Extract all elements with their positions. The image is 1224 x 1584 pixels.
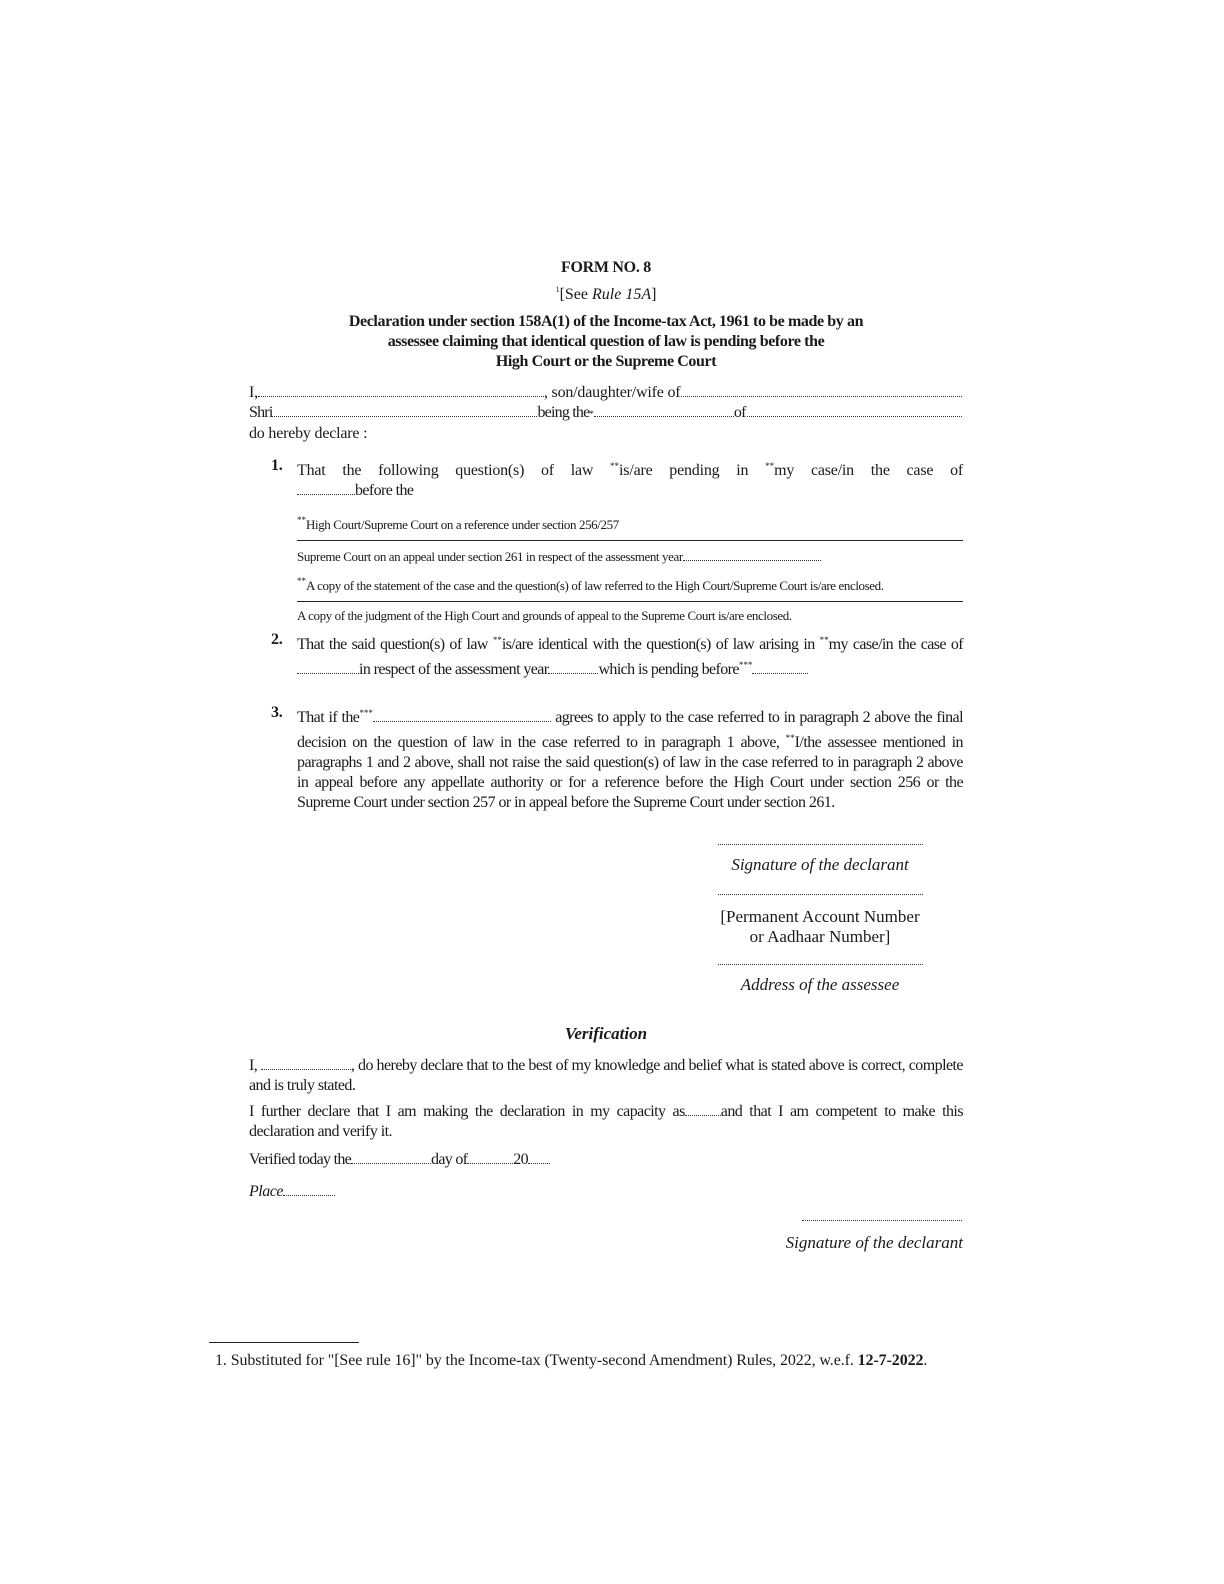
para2-text-e: which is pending before <box>598 661 738 678</box>
paragraph-2: 2. That the said question(s) of law **is… <box>271 630 963 680</box>
paragraph-number: 3. <box>271 703 283 723</box>
footnote-end: . <box>923 1352 927 1369</box>
place-line: Place <box>249 1182 335 1202</box>
paragraph-number: 1. <box>271 456 283 476</box>
address-label: Address of the assessee <box>700 975 940 995</box>
see-rule-reference: 1[See Rule 15A] <box>0 285 1212 304</box>
see-rule-prefix: [See <box>560 286 592 303</box>
assessment-year-field[interactable] <box>683 547 821 561</box>
heading-line-3: High Court or the Supreme Court <box>290 352 922 372</box>
option-list: **High Court/Supreme Court on a referenc… <box>297 511 963 625</box>
star-mark: ** <box>297 576 306 586</box>
star-mark: ** <box>610 461 619 471</box>
day-of-label: day of <box>431 1151 467 1168</box>
star-mark: ** <box>820 635 829 645</box>
star-mark: *** <box>739 660 753 670</box>
paragraph-1: 1. That the following question(s) of law… <box>271 456 963 625</box>
intro-line-2: Shri being the* of <box>249 403 963 424</box>
day-field[interactable] <box>351 1150 431 1164</box>
final-signature-label: Signature of the declarant <box>740 1233 963 1253</box>
footnote-divider <box>209 1342 359 1343</box>
star-mark: *** <box>359 708 373 718</box>
pending-before-field[interactable] <box>752 660 808 674</box>
address-field[interactable] <box>718 963 923 965</box>
signature-label: Signature of the declarant <box>700 855 940 875</box>
star-mark: ** <box>493 635 502 645</box>
verifier-name-field[interactable] <box>261 1056 351 1070</box>
capacity-as-field[interactable] <box>685 1102 721 1116</box>
authority-field[interactable] <box>373 708 551 722</box>
form-heading: Declaration under section 158A(1) of the… <box>290 312 922 372</box>
pan-aadhaar-label: [Permanent Account Number or Aadhaar Num… <box>700 907 940 947</box>
year-prefix: 20 <box>513 1151 528 1168</box>
declarant-name-field[interactable] <box>258 383 544 397</box>
footnote: 1. Substituted for "[See rule 16]" by th… <box>215 1352 927 1370</box>
option-text: A copy of the statement of the case and … <box>306 578 884 593</box>
para2-text-c: my case/in the case of <box>829 636 963 653</box>
intro-relation-label: , son/daughter/wife of <box>544 383 680 403</box>
final-signature-field[interactable] <box>802 1212 962 1221</box>
option-item[interactable]: **A copy of the statement of the case an… <box>297 572 963 601</box>
year-field[interactable] <box>528 1150 550 1164</box>
option-item[interactable]: A copy of the judgment of the High Court… <box>297 602 963 625</box>
para1-text-d: before the <box>355 482 413 499</box>
place-field[interactable] <box>283 1182 335 1196</box>
case-of-field[interactable] <box>297 481 355 495</box>
option-text: A copy of the judgment of the High Court… <box>297 608 792 623</box>
form-title: FORM NO. 8 <box>0 259 1212 277</box>
see-rule-suffix: ] <box>651 286 656 303</box>
shri-name-field[interactable] <box>272 403 537 417</box>
verif-i: I, <box>249 1057 257 1074</box>
verification-date: Verified today theday of20 <box>249 1150 963 1170</box>
case-of-field[interactable] <box>297 660 359 674</box>
option-text: Supreme Court on an appeal under section… <box>297 549 683 564</box>
option-text: High Court/Supreme Court on a reference … <box>306 517 619 532</box>
intro-i: I, <box>249 383 258 403</box>
para1-text-a: That the following question(s) of law <box>297 462 610 479</box>
star-mark: ** <box>786 733 795 743</box>
signature-field[interactable] <box>718 843 923 845</box>
para2-text-d: in respect of the assessment year <box>359 661 548 678</box>
verif-capacity-text: I further declare that I am making the d… <box>249 1103 685 1120</box>
star-mark: ** <box>297 515 306 525</box>
footnote-text: 1. Substituted for "[See rule 16]" by th… <box>215 1352 858 1369</box>
entity-field[interactable] <box>747 403 962 417</box>
para3-text-a: That if the <box>297 709 359 726</box>
verification-title: Verification <box>0 1024 1212 1044</box>
heading-line-2: assessee claiming that identical questio… <box>290 332 922 352</box>
para2-text-b: is/are identical with the question(s) of… <box>502 636 820 653</box>
verif-text: , do hereby declare that to the best of … <box>249 1057 963 1094</box>
pan-aadhaar-field[interactable] <box>718 893 923 895</box>
intro-of: of <box>734 403 746 423</box>
heading-line-1: Declaration under section 158A(1) of the… <box>290 312 922 332</box>
capacity-field[interactable] <box>594 403 734 417</box>
option-item[interactable]: **High Court/Supreme Court on a referenc… <box>297 511 963 540</box>
star-mark: ** <box>765 461 774 471</box>
pan-label-line-2: or Aadhaar Number] <box>700 927 940 947</box>
paragraph-3: 3. That if the*** agrees to apply to the… <box>271 703 963 813</box>
intro-block: I, , son/daughter/wife of Shri being the… <box>249 383 963 444</box>
signature-block: Signature of the declarant [Permanent Ac… <box>700 843 940 995</box>
paragraph-number: 2. <box>271 630 283 650</box>
footnote-date: 12-7-2022 <box>858 1352 924 1369</box>
intro-being-the: being the <box>537 403 589 423</box>
para1-text-c: my case/in the case of <box>774 462 963 479</box>
verification-capacity: I further declare that I am making the d… <box>249 1102 963 1142</box>
parent-name-field[interactable] <box>681 383 962 397</box>
para1-text-b: is/are pending in <box>619 462 765 479</box>
option-item[interactable]: Supreme Court on an appeal under section… <box>297 541 963 572</box>
para2-text-a: That the said question(s) of law <box>297 636 493 653</box>
place-label: Place <box>249 1183 283 1200</box>
pan-label-line-1: [Permanent Account Number <box>700 907 940 927</box>
assessment-year-field[interactable] <box>548 660 598 674</box>
intro-declare: do hereby declare : <box>249 424 963 444</box>
verified-today-label: Verified today the <box>249 1151 351 1168</box>
intro-shri: Shri <box>249 403 272 423</box>
intro-line-1: I, , son/daughter/wife of <box>249 383 963 403</box>
month-field[interactable] <box>467 1150 513 1164</box>
see-rule-italic: Rule 15A <box>592 286 651 303</box>
verification-statement: I, , do hereby declare that to the best … <box>249 1056 963 1096</box>
